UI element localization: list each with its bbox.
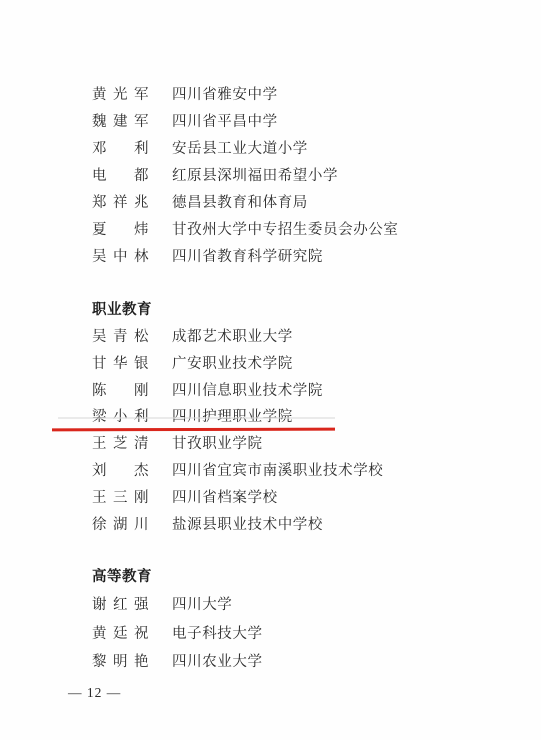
recipient-affiliation: 四川省雅安中学	[172, 88, 278, 103]
recipient-affiliation: 四川农业大学	[172, 655, 263, 670]
red-underline-annotation	[52, 428, 335, 431]
recipient-name: 吴青松	[92, 330, 149, 345]
recipient-row: 谢红强四川大学	[92, 598, 232, 613]
recipient-name: 陈 刚	[92, 384, 149, 399]
recipient-name: 电 都	[92, 169, 149, 184]
recipient-affiliation: 安岳县工业大道小学	[172, 142, 308, 157]
recipient-row: 郑祥兆德昌县教育和体育局	[92, 196, 308, 211]
recipient-row: 刘 杰四川省宜宾市南溪职业技术学校	[92, 464, 383, 479]
recipient-affiliation: 四川省平昌中学	[172, 115, 278, 130]
recipient-name: 谢红强	[92, 598, 149, 613]
recipient-affiliation: 盐源县职业技术中学校	[172, 518, 323, 533]
recipient-row: 黄光军四川省雅安中学	[92, 88, 278, 103]
recipient-row: 甘华银广安职业技术学院	[92, 357, 293, 372]
recipient-row: 吴青松成都艺术职业大学	[92, 330, 293, 345]
scan-ghost-line	[58, 417, 335, 418]
recipient-affiliation: 红原县深圳福田希望小学	[172, 169, 338, 184]
recipient-affiliation: 四川大学	[172, 598, 232, 613]
recipient-name: 黎明艳	[92, 655, 149, 670]
recipient-affiliation: 广安职业技术学院	[172, 357, 293, 372]
recipient-row: 徐湖川盐源县职业技术中学校	[92, 518, 323, 533]
recipient-affiliation: 成都艺术职业大学	[172, 330, 293, 345]
recipient-affiliation: 德昌县教育和体育局	[172, 196, 308, 211]
recipient-row: 王三刚四川省档案学校	[92, 491, 278, 506]
recipient-row: 魏建军四川省平昌中学	[92, 115, 278, 130]
recipient-name: 魏建军	[92, 115, 149, 130]
section-header: 高等教育	[92, 570, 152, 585]
recipient-affiliation: 四川信息职业技术学院	[172, 384, 323, 399]
recipient-name: 黄廷祝	[92, 627, 149, 642]
recipient-name: 甘华银	[92, 357, 149, 372]
recipient-name: 夏 炜	[92, 223, 149, 238]
recipient-row: 邓 利安岳县工业大道小学	[92, 142, 308, 157]
recipient-name: 徐湖川	[92, 518, 149, 533]
recipient-affiliation: 四川省档案学校	[172, 491, 278, 506]
recipient-affiliation: 电子科技大学	[172, 627, 263, 642]
section-header: 职业教育	[92, 303, 152, 318]
recipient-name: 郑祥兆	[92, 196, 149, 211]
recipient-row: 黄廷祝电子科技大学	[92, 627, 263, 642]
recipient-row: 黎明艳四川农业大学	[92, 655, 263, 670]
recipient-row: 陈 刚四川信息职业技术学院	[92, 384, 323, 399]
recipient-row: 吴中林四川省教育科学研究院	[92, 250, 323, 265]
recipient-affiliation: 甘孜职业学院	[172, 437, 263, 452]
document-page: 黄光军四川省雅安中学魏建军四川省平昌中学邓 利安岳县工业大道小学电 都红原县深圳…	[0, 0, 541, 740]
recipient-name: 刘 杰	[92, 464, 149, 479]
recipient-name: 黄光军	[92, 88, 149, 103]
recipient-affiliation: 四川省宜宾市南溪职业技术学校	[172, 464, 383, 479]
recipient-row: 夏 炜甘孜州大学中专招生委员会办公室	[92, 223, 399, 238]
recipient-name: 王芝清	[92, 437, 149, 452]
recipient-affiliation: 甘孜州大学中专招生委员会办公室	[172, 223, 399, 238]
recipient-name: 吴中林	[92, 250, 149, 265]
recipient-affiliation: 四川省教育科学研究院	[172, 250, 323, 265]
page-number: — 12 —	[68, 686, 121, 700]
recipient-name: 王三刚	[92, 491, 149, 506]
recipient-name: 邓 利	[92, 142, 149, 157]
recipient-row: 电 都红原县深圳福田希望小学	[92, 169, 338, 184]
recipient-row: 王芝清甘孜职业学院	[92, 437, 263, 452]
